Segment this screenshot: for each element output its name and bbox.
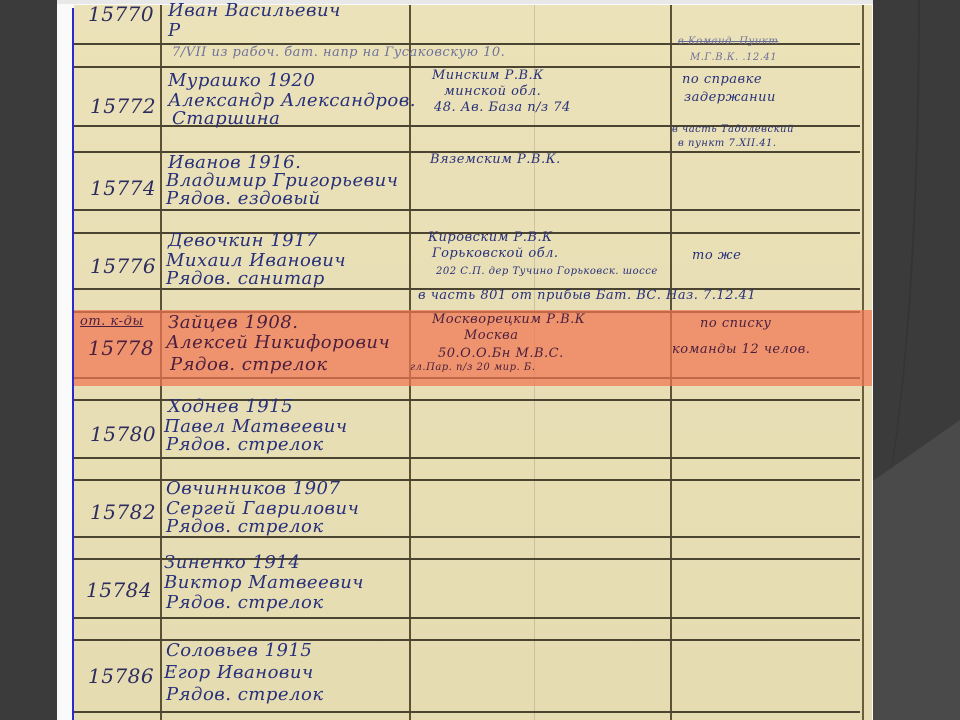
row-divider bbox=[74, 617, 860, 619]
record-name-line: Рядов. стрелок bbox=[166, 684, 324, 705]
record-note: 7/VII из рабоч. бат. напр на Гусаковскую… bbox=[172, 45, 505, 60]
record-name-line: Старшина bbox=[172, 108, 280, 129]
record-name-line: Овчинников 1907 bbox=[166, 478, 340, 499]
record-name-line: Рядов. стрелок bbox=[166, 516, 324, 537]
record-name-line: Рядов. санитар bbox=[166, 268, 325, 289]
record-draft-office: 202 С.П. дер Тучино Горьковск. шоссе bbox=[436, 266, 658, 277]
record-name-line: Зайцев 1908. bbox=[168, 312, 298, 333]
record-draft-office: Горьковской обл. bbox=[432, 246, 559, 261]
record-draft-office: 50.О.О.Бн М.В.С. bbox=[438, 346, 564, 361]
record-name-line: Соловьев 1915 bbox=[166, 640, 312, 661]
record-name-line: Ходнев 1915 bbox=[168, 396, 293, 417]
record-name-line: Иван Васильевич bbox=[168, 0, 341, 21]
record-remark: в пункт 7.XII.41. bbox=[678, 138, 777, 149]
row-divider bbox=[74, 457, 860, 459]
record-id: 15784 bbox=[86, 578, 152, 602]
record-remark: команды 12 челов. bbox=[672, 342, 810, 357]
record-id: 15786 bbox=[88, 664, 154, 688]
record-id: 15770 bbox=[88, 2, 154, 26]
record-name-line: Р bbox=[168, 20, 181, 41]
record-id: 15776 bbox=[90, 254, 156, 278]
record-name-line: Рядов. стрелок bbox=[166, 434, 324, 455]
record-remark: то же bbox=[692, 248, 741, 263]
record-draft-office: минской обл. bbox=[444, 84, 541, 99]
record-name-line: Девочкин 1917 bbox=[168, 230, 318, 251]
record-remark: М.Г.В.К. .12.41 bbox=[690, 52, 777, 63]
record-id: 15772 bbox=[90, 94, 156, 118]
record-draft-office: Вяземским Р.В.К. bbox=[430, 152, 561, 167]
row-divider bbox=[74, 711, 860, 713]
record-name-line: Алексей Никифорович bbox=[166, 332, 390, 353]
record-name-line: Мурашко 1920 bbox=[168, 70, 315, 91]
record-draft-office: Кировским Р.В.К bbox=[428, 230, 553, 245]
record-remark: задержании bbox=[684, 90, 776, 105]
record-id: 15782 bbox=[90, 500, 156, 524]
record-name-line: Рядов. ездовый bbox=[166, 188, 321, 209]
record-draft-office: 48. Ав. База п/з 74 bbox=[434, 100, 571, 115]
record-name-line: Зиненко 1914 bbox=[164, 552, 300, 573]
record-remark: в Команд. Пункт bbox=[678, 36, 778, 47]
record-draft-office: Москва bbox=[464, 328, 519, 343]
record-remark: в часть Тадолевский bbox=[672, 124, 794, 135]
record-draft-office: Минским Р.В.К bbox=[432, 68, 544, 83]
record-name-line: Рядов. стрелок bbox=[166, 592, 324, 613]
record-id: 15778 bbox=[88, 336, 154, 360]
record-note: в часть 801 от прибыв Бат. ВС. Наз. 7.12… bbox=[418, 288, 756, 303]
record-name-line: Егор Иванович bbox=[164, 662, 314, 683]
record-remark: по справке bbox=[682, 72, 762, 87]
record-draft-office: гл.Пар. п/з 20 мир. Б. bbox=[410, 362, 535, 373]
record-prefix: от. к-ды bbox=[80, 314, 143, 329]
record-remark: по списку bbox=[700, 316, 771, 331]
record-name-line: Рядов. стрелок bbox=[170, 354, 328, 375]
record-id: 15774 bbox=[90, 176, 156, 200]
record-id: 15780 bbox=[90, 422, 156, 446]
record-draft-office: Москворецким Р.В.К bbox=[432, 312, 585, 327]
record-name-line: Виктор Матвеевич bbox=[164, 572, 364, 593]
row-divider bbox=[74, 209, 860, 211]
